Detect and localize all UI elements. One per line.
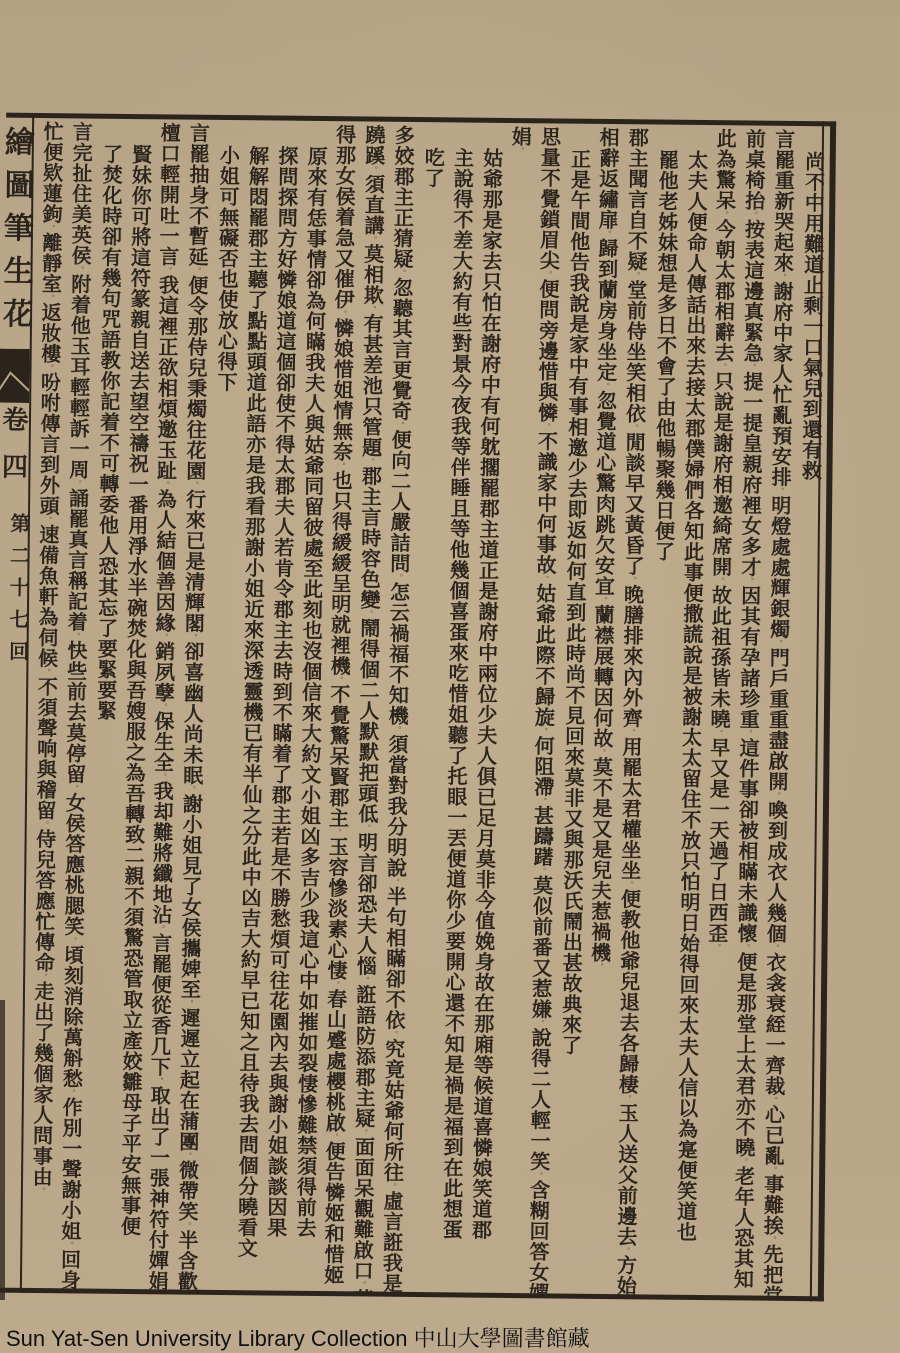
library-collection-credit: Sun Yat-Sen University Library Collectio… xyxy=(6,1322,590,1353)
chapter-label: 第二十七回 xyxy=(0,513,32,673)
printed-page-frame: 繪圖筆生花 卷四 第二十七回 尚不中用難道止剩一口氣兒到還有救 言罷重新哭起來。… xyxy=(0,113,836,1302)
volume-label: 卷四 xyxy=(0,406,29,500)
main-text-body: 尚不中用難道止剩一口氣兒到還有救 言罷重新哭起來。謝府中家人忙亂預安排。明燈處處… xyxy=(26,113,828,1296)
book-title-margin: 繪圖筆生花 xyxy=(0,126,32,341)
fishtail-ornament-icon xyxy=(0,349,30,403)
